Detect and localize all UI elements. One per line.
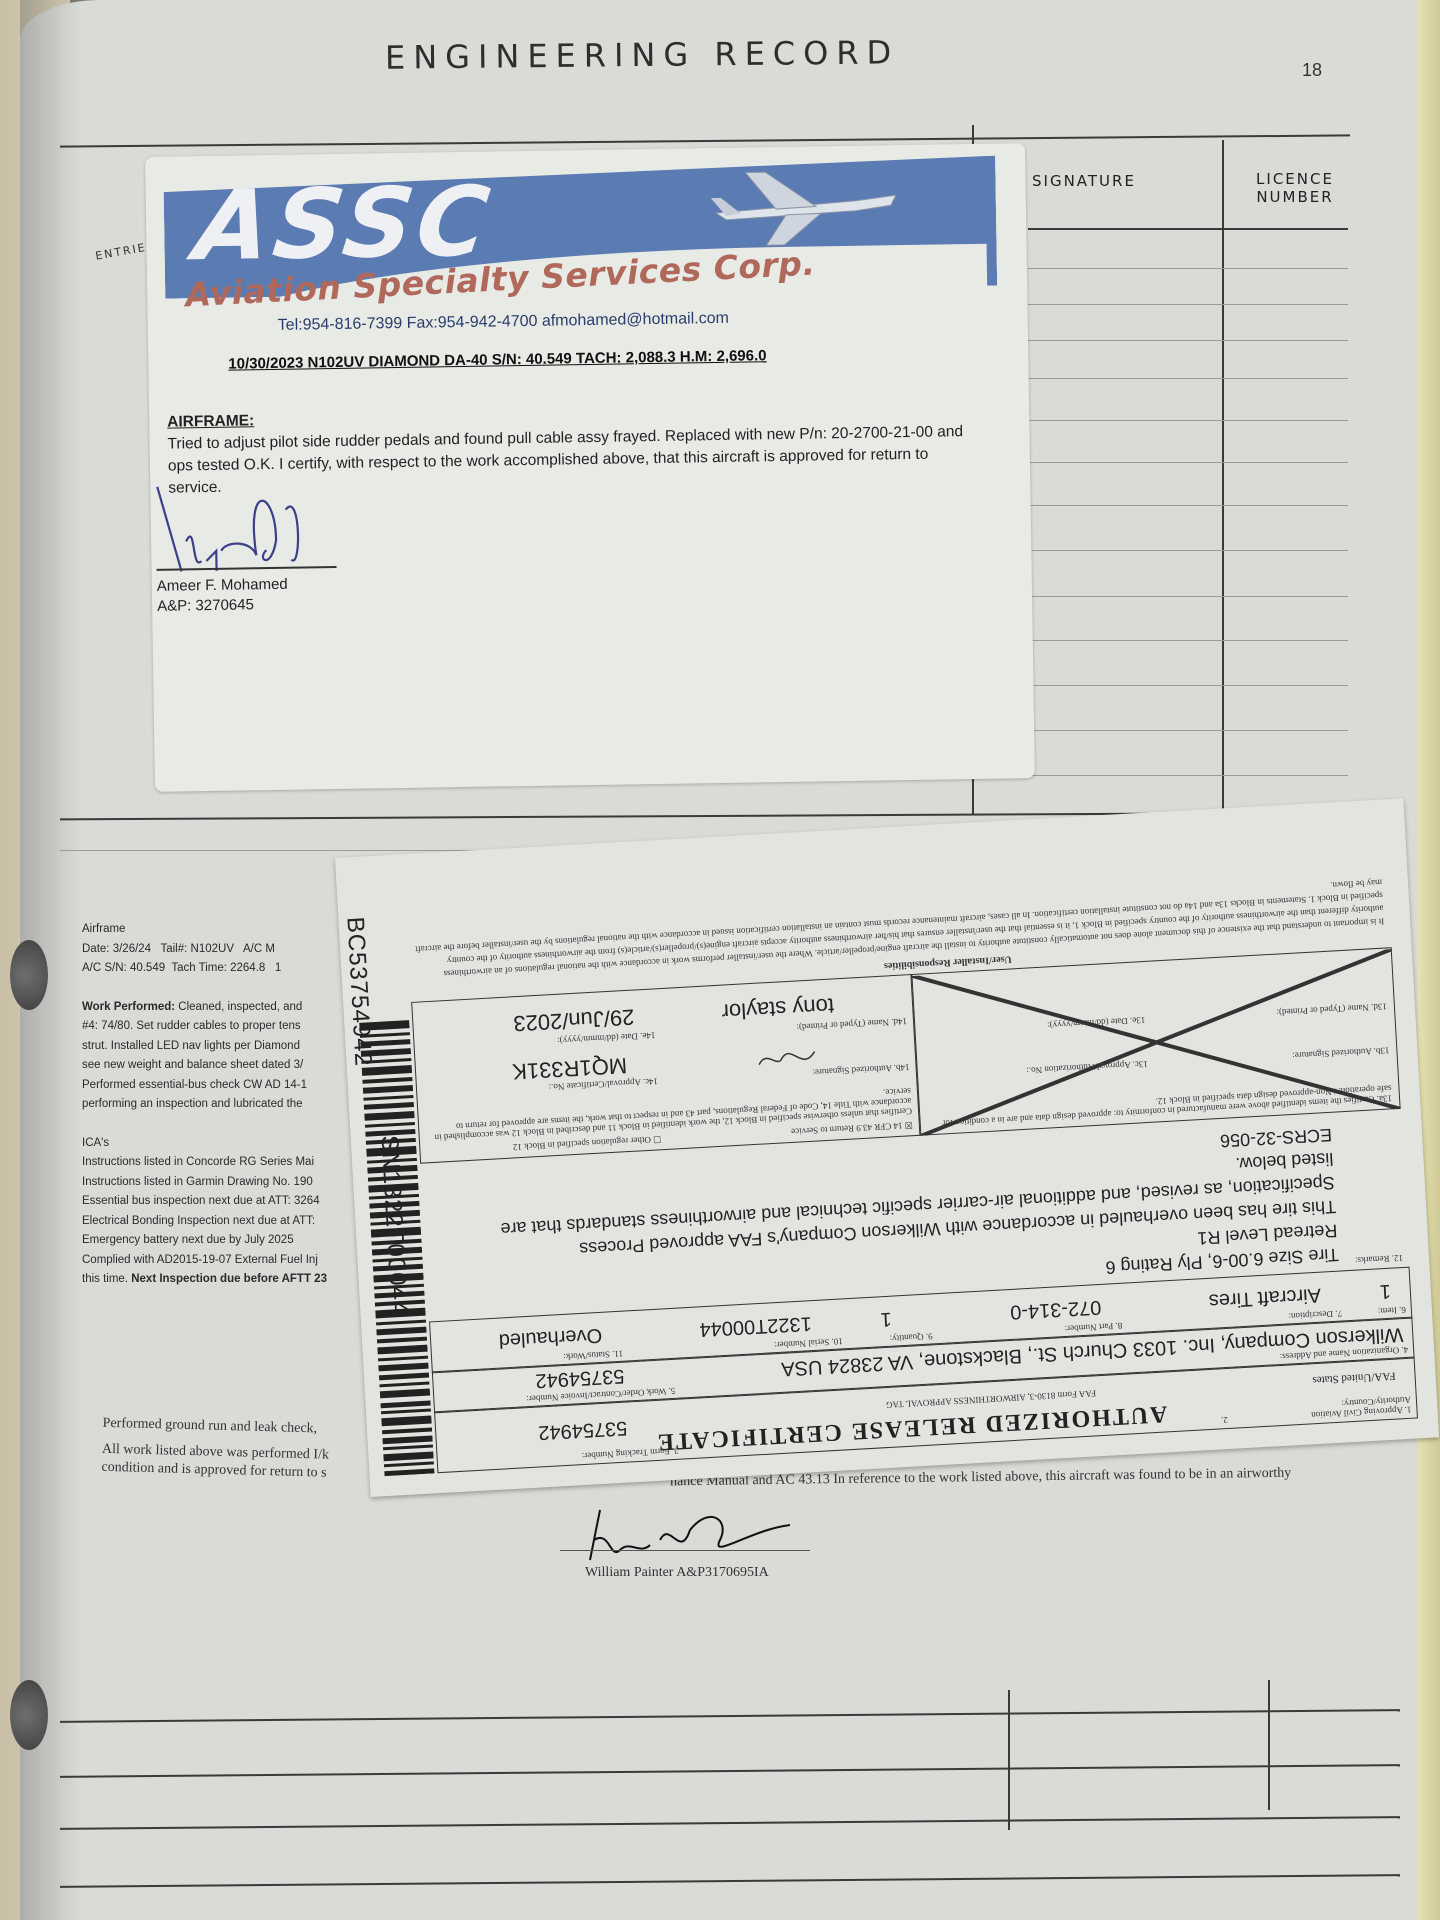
adjacent-yellow-pages bbox=[1418, 0, 1440, 1920]
assc-signer: Ameer F. Mohamed A&P: 3270645 bbox=[157, 575, 289, 617]
airplane-icon bbox=[705, 165, 906, 248]
tag-barcode-number: BC53754942 bbox=[340, 916, 376, 1067]
binder-ring bbox=[10, 1680, 48, 1750]
kane-sn-line: A/C S/N: 40.549 Tach Time: 2264.8 1 bbox=[82, 959, 342, 979]
kane-entry-text: Airframe Date: 3/26/24 Tail#: N102UV A/C… bbox=[82, 920, 342, 1290]
kane-closing-text: Performed ground run and leak check, All… bbox=[101, 1415, 353, 1484]
block9-value: 1 bbox=[880, 1307, 892, 1331]
assc-entry-sticker: ASSC Aviation Specialty Services Corp. T… bbox=[145, 143, 1035, 792]
kane-date-line: Date: 3/26/24 Tail#: N102UV A/C M bbox=[82, 940, 342, 960]
painter-signature-line bbox=[560, 1550, 810, 1551]
faa-release-tag: 1. Approving Civil Aviation Authority/Co… bbox=[335, 798, 1439, 1497]
staylor-signature bbox=[756, 1041, 818, 1074]
binder-ring bbox=[10, 940, 48, 1010]
block6-value: 1 bbox=[1379, 1279, 1391, 1303]
column-header-licence-number: LICENCE NUMBER bbox=[1235, 170, 1355, 206]
page-number: 18 bbox=[1302, 60, 1322, 81]
painter-name: William Painter A&P3170695IA bbox=[585, 1565, 769, 1581]
page-title: ENGINEERING RECORD bbox=[385, 33, 900, 76]
column-header-signature: SIGNATURE bbox=[1032, 172, 1136, 190]
